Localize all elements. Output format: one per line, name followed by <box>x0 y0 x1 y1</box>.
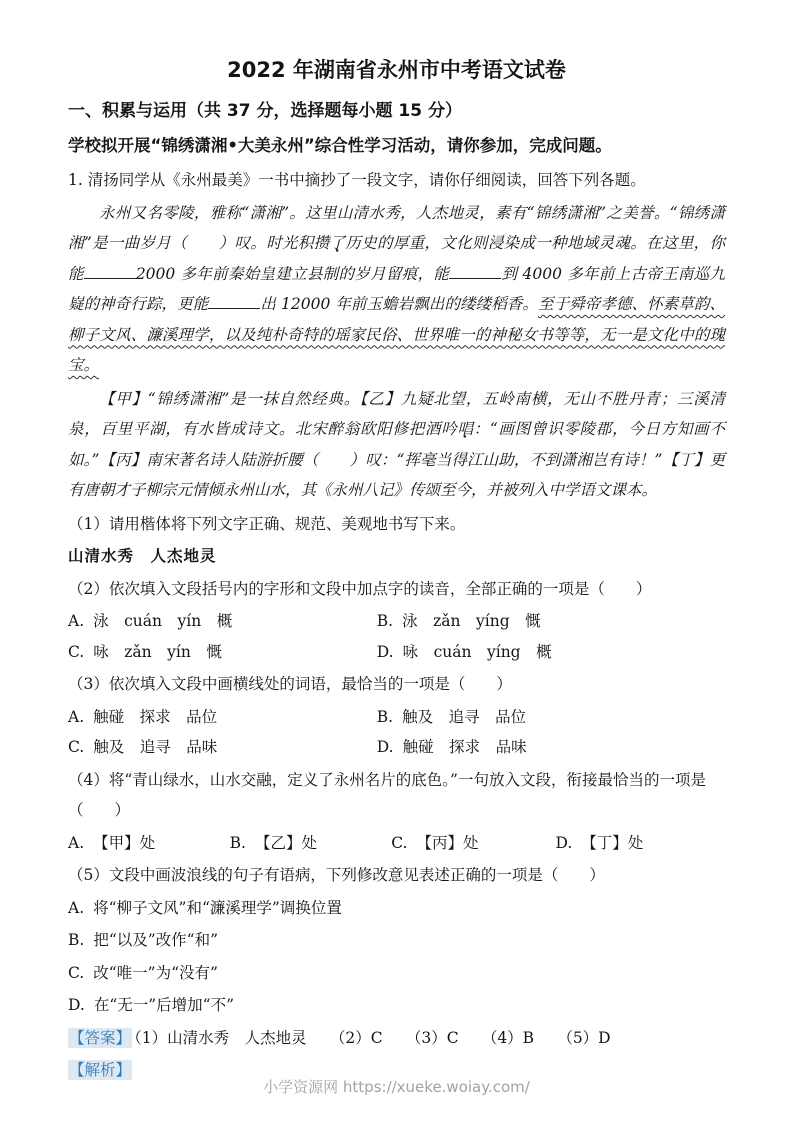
option-text: 泳 zǎn yíng 慨 <box>402 612 541 630</box>
option-text: 咏 zǎn yín 慨 <box>93 643 222 661</box>
passage-text-run: 2000 多年前秦始皇建立县制的岁月留痕，能 <box>136 265 449 283</box>
dotted-character: 吟 <box>441 420 457 438</box>
answer-text: （1）山清水秀 人杰地灵 （2）C （3）C （4）B （5）D <box>134 1029 611 1047</box>
fill-in-blank-line <box>449 264 501 278</box>
option-letter: C. <box>68 643 84 661</box>
option-B: B.泳 zǎn yíng 慨 <box>377 606 725 637</box>
section-heading: 一、积累与运用（共 37 分，选择题每小题 15 分） <box>68 96 725 127</box>
sub-question-4-options: A.【甲】处B.【乙】处C.【丙】处D.【丁】处 <box>68 828 725 859</box>
option-D: D.咏 cuán yíng 概 <box>377 637 725 668</box>
option-C: C.触及 追寻 品味 <box>68 732 377 763</box>
option-A: A.泳 cuán yín 概 <box>68 606 377 637</box>
option-text: 触碰 探求 品味 <box>403 738 527 756</box>
option-B: B.触及 追寻 品位 <box>377 702 725 733</box>
option-A: A.【甲】处 <box>68 828 230 859</box>
footer-watermark: 小学资源网 https://xueke.woiay.com/ <box>0 1078 793 1096</box>
option-text: 【乙】处 <box>255 834 317 852</box>
option-letter: C. <box>68 738 84 756</box>
option-text: 【丁】处 <box>581 834 643 852</box>
option-A: A.将“柳子文风”和“濂溪理学”调换位置 <box>68 893 725 924</box>
option-text: 咏 cuán yíng 概 <box>403 643 552 661</box>
option-text: 将“柳子文风”和“濂溪理学”调换位置 <box>93 899 342 917</box>
option-letter: B. <box>377 612 393 630</box>
option-letter: B. <box>230 834 246 852</box>
sub-question-3-options: A.触碰 探求 品位B.触及 追寻 品位C.触及 追寻 品味D.触碰 探求 品味 <box>68 702 725 763</box>
passage-paragraph-2: 【甲】“锦绣潇湘”是一抹自然经典。【乙】九疑北望，五岭南横，无山不胜丹青；三溪清… <box>68 384 725 506</box>
option-text: 改“唯一”为“没有” <box>93 964 218 982</box>
option-text: 触碰 探求 品位 <box>93 708 217 726</box>
option-letter: A. <box>68 708 84 726</box>
sub-question-5-stem: （5）文段中画波浪线的句子有语病，下列修改意见表述正确的一项是（ ） <box>68 860 725 891</box>
activity-intro: 学校拟开展“锦绣潇湘•大美永州”综合性学习活动，请你参加，完成问题。 <box>68 131 725 162</box>
option-text: 【丙】处 <box>416 834 478 852</box>
option-text: 触及 追寻 品味 <box>93 738 217 756</box>
option-D: D.【丁】处 <box>555 828 725 859</box>
option-letter: A. <box>68 834 84 852</box>
option-letter: D. <box>555 834 572 852</box>
option-letter: C. <box>391 834 407 852</box>
option-letter: B. <box>377 708 393 726</box>
fill-in-blank-line <box>84 264 136 278</box>
option-letter: B. <box>68 931 84 949</box>
sub-question-2-options: A.泳 cuán yín 概B.泳 zǎn yíng 慨C.咏 zǎn yín … <box>68 606 725 667</box>
option-text: 把“以及”改作“和” <box>93 931 218 949</box>
option-D: D.在“无一”后增加“不” <box>68 990 725 1021</box>
passage-paragraph-1: 永州又名零陵，雅称“潇湘”。这里山清水秀，人杰地灵，素有“锦绣潇湘”之美誉。“锦… <box>68 198 725 381</box>
option-B: B.【乙】处 <box>230 828 392 859</box>
option-C: C.【丙】处 <box>391 828 555 859</box>
sub-question-2-stem: （2）依次填入文段括号内的字形和文段中加点字的读音，全部正确的一项是（ ） <box>68 574 725 605</box>
option-A: A.触碰 探求 品位 <box>68 702 377 733</box>
option-C: C.咏 zǎn yín 慨 <box>68 637 377 668</box>
page-title: 2022 年湖南省永州市中考语文试卷 <box>68 54 725 86</box>
handwriting-practice-text: 山清水秀 人杰地灵 <box>68 541 725 572</box>
option-letter: A. <box>68 899 84 917</box>
dotted-character: 攒 <box>314 234 330 252</box>
analysis-label: 【解析】 <box>68 1060 132 1080</box>
exam-paper-page: 2022 年湖南省永州市中考语文试卷 一、积累与运用（共 37 分，选择题每小题… <box>0 0 793 1122</box>
option-text: 触及 追寻 品位 <box>402 708 526 726</box>
question-1-stem: 1. 清扬同学从《永州最美》一书中摘抄了一段文字，请你仔细阅读，回答下列各题。 <box>68 165 725 196</box>
option-text: 泳 cuán yín 概 <box>93 612 232 630</box>
option-letter: D. <box>68 996 85 1014</box>
answer-label: 【答案】 <box>68 1028 132 1048</box>
option-letter: A. <box>68 612 84 630</box>
fill-in-blank-line <box>208 295 260 309</box>
option-letter: D. <box>377 738 394 756</box>
option-B: B.把“以及”改作“和” <box>68 925 725 956</box>
option-text: 【甲】处 <box>93 834 155 852</box>
sub-question-5-options: A.将“柳子文风”和“濂溪理学”调换位置B.把“以及”改作“和”C.改“唯一”为… <box>68 893 725 1021</box>
option-text: 在“无一”后增加“不” <box>94 996 234 1014</box>
sub-question-3-stem: （3）依次填入文段中画横线处的词语，最恰当的一项是（ ） <box>68 669 725 700</box>
option-letter: C. <box>68 964 84 982</box>
option-C: C.改“唯一”为“没有” <box>68 958 725 989</box>
option-D: D.触碰 探求 品味 <box>377 732 725 763</box>
sub-question-1-stem: （1）请用楷体将下列文字正确、规范、美观地书写下来。 <box>68 509 725 540</box>
passage-text-run: 出 12000 年前玉蟾岩飘出的缕缕稻香。 <box>260 295 538 313</box>
sub-question-4-stem: （4）将“青山绿水，山水交融，定义了永州名片的底色。”一句放入文段，衔接最恰当的… <box>68 765 725 826</box>
option-letter: D. <box>377 643 394 661</box>
answer-row: 【答案】（1）山清水秀 人杰地灵 （2）C （3）C （4）B （5）D <box>68 1023 725 1054</box>
